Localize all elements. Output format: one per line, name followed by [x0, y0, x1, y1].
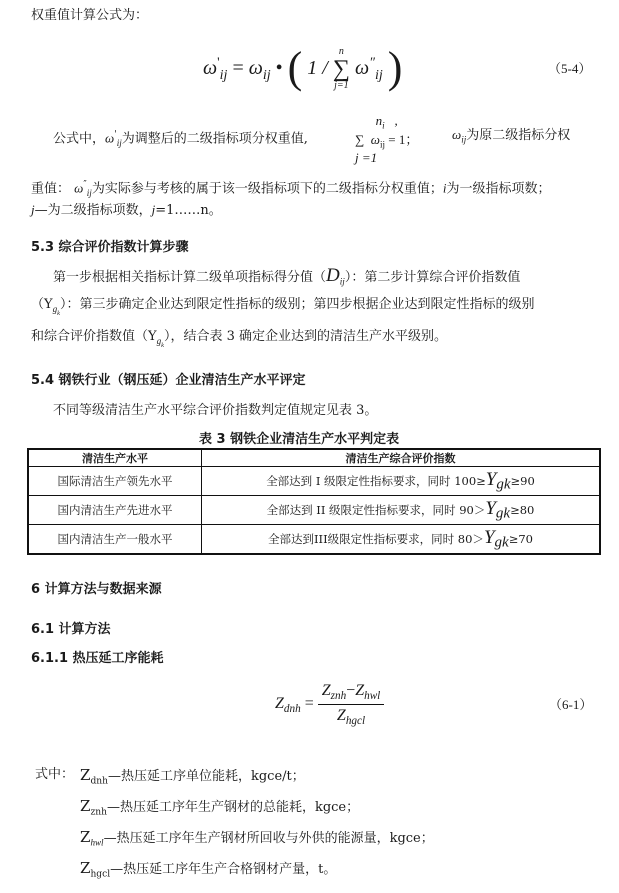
table-row: 国内清洁生产先进水平 全部达到 II 级限定性指标要求，同时 90＞Ygk≥80: [28, 496, 600, 525]
equation-number-5-4: （5-4）: [548, 58, 591, 77]
table-header-level: 清洁生产水平: [28, 449, 202, 467]
section-5-3-line3: 和综合评价指数值（Ygk），结合表 3 确定企业达到的清洁生产水平级别。: [31, 327, 447, 355]
section-5-4-title: 5.4 钢铁行业（钢压延）企业清洁生产水平评定: [31, 369, 306, 388]
where-item: Zdnh—热压延工序单位能耗，kgce/t；: [80, 765, 305, 792]
sum-expression: ni , ∑ ωij = 1； j =1: [355, 114, 418, 165]
table-3-caption: 表 3 钢铁企业清洁生产水平判定表: [199, 428, 399, 447]
section-5-3-title: 5.3 综合评价指数计算步骤: [31, 236, 189, 255]
table-cell-level: 国内清洁生产一般水平: [28, 525, 202, 555]
section-6-title: 6 计算方法与数据来源: [31, 578, 162, 597]
where-label: 式中：: [35, 765, 74, 785]
table-row: 国际清洁生产领先水平 全部达到 I 级限定性指标要求，同时 100≥Ygk≥90: [28, 467, 600, 496]
where-item: Zhwl—热压延工序年生产钢材所回收与外供的能源量，kgce；: [80, 827, 434, 853]
section-5-3-line2: （Ygk）：第三步确定企业达到限定性指标的级别；第四步根据企业达到限定性指标的级…: [31, 295, 534, 323]
formula-explanation-line2: 重值： ω″ij为实际参与考核的属于该一级指标项下的二级指标分权重值；i为一级指…: [31, 175, 550, 203]
table-row: 国内清洁生产一般水平 全部达到III级限定性指标要求，同时 80＞Ygk≥70: [28, 525, 600, 555]
equation-6-1: Zdnh = Zznh−Zhwl Zhgcl: [275, 682, 384, 727]
equation-number-6-1: （6-1）: [549, 694, 592, 713]
where-item: Zznh—热压延工序年生产钢材的总能耗，kgce；: [80, 796, 359, 823]
table-cell-requirement: 全部达到 I 级限定性指标要求，同时 100≥Ygk≥90: [202, 467, 601, 496]
table-3: 清洁生产水平 清洁生产综合评价指数 国际清洁生产领先水平 全部达到 I 级限定性…: [27, 448, 601, 555]
section-6-1-1-title: 6.1.1 热压延工序能耗: [31, 647, 164, 666]
formula-explanation-line3: j—为二级指标项数，j=1……n。: [31, 200, 222, 221]
formula-explanation-line1: 公式中，ω'ij为调整后的二级指标项分权重值,: [53, 125, 308, 153]
table-header-row: 清洁生产水平 清洁生产综合评价指数: [28, 449, 600, 467]
table-cell-level: 国内清洁生产先进水平: [28, 496, 202, 525]
table-header-index: 清洁生产综合评价指数: [202, 449, 601, 467]
where-item: Zhgcl—热压延工序年生产合格钢材产量，t。: [80, 858, 336, 885]
section-6-1-title: 6.1 计算方法: [31, 618, 111, 637]
formula-explanation-line1-end: ωij为原二级指标分权: [452, 125, 570, 150]
table-cell-requirement: 全部达到III级限定性指标要求，同时 80＞Ygk≥70: [202, 525, 601, 555]
table-cell-level: 国际清洁生产领先水平: [28, 467, 202, 496]
equation-5-4: ω'ij = ωij • ( 1 / n ∑ j=1 ω″ij ): [203, 42, 402, 93]
section-5-3-line1: 第一步根据相关指标计算二级单项指标得分值（Dij）：第二步计算综合评价指数值: [53, 266, 520, 292]
table-cell-requirement: 全部达到 II 级限定性指标要求，同时 90＞Ygk≥80: [202, 496, 601, 525]
intro-text: 权重值计算公式为：: [31, 6, 148, 26]
section-5-4-para: 不同等级清洁生产水平综合评价指数判定值规定见表 3。: [53, 401, 377, 421]
